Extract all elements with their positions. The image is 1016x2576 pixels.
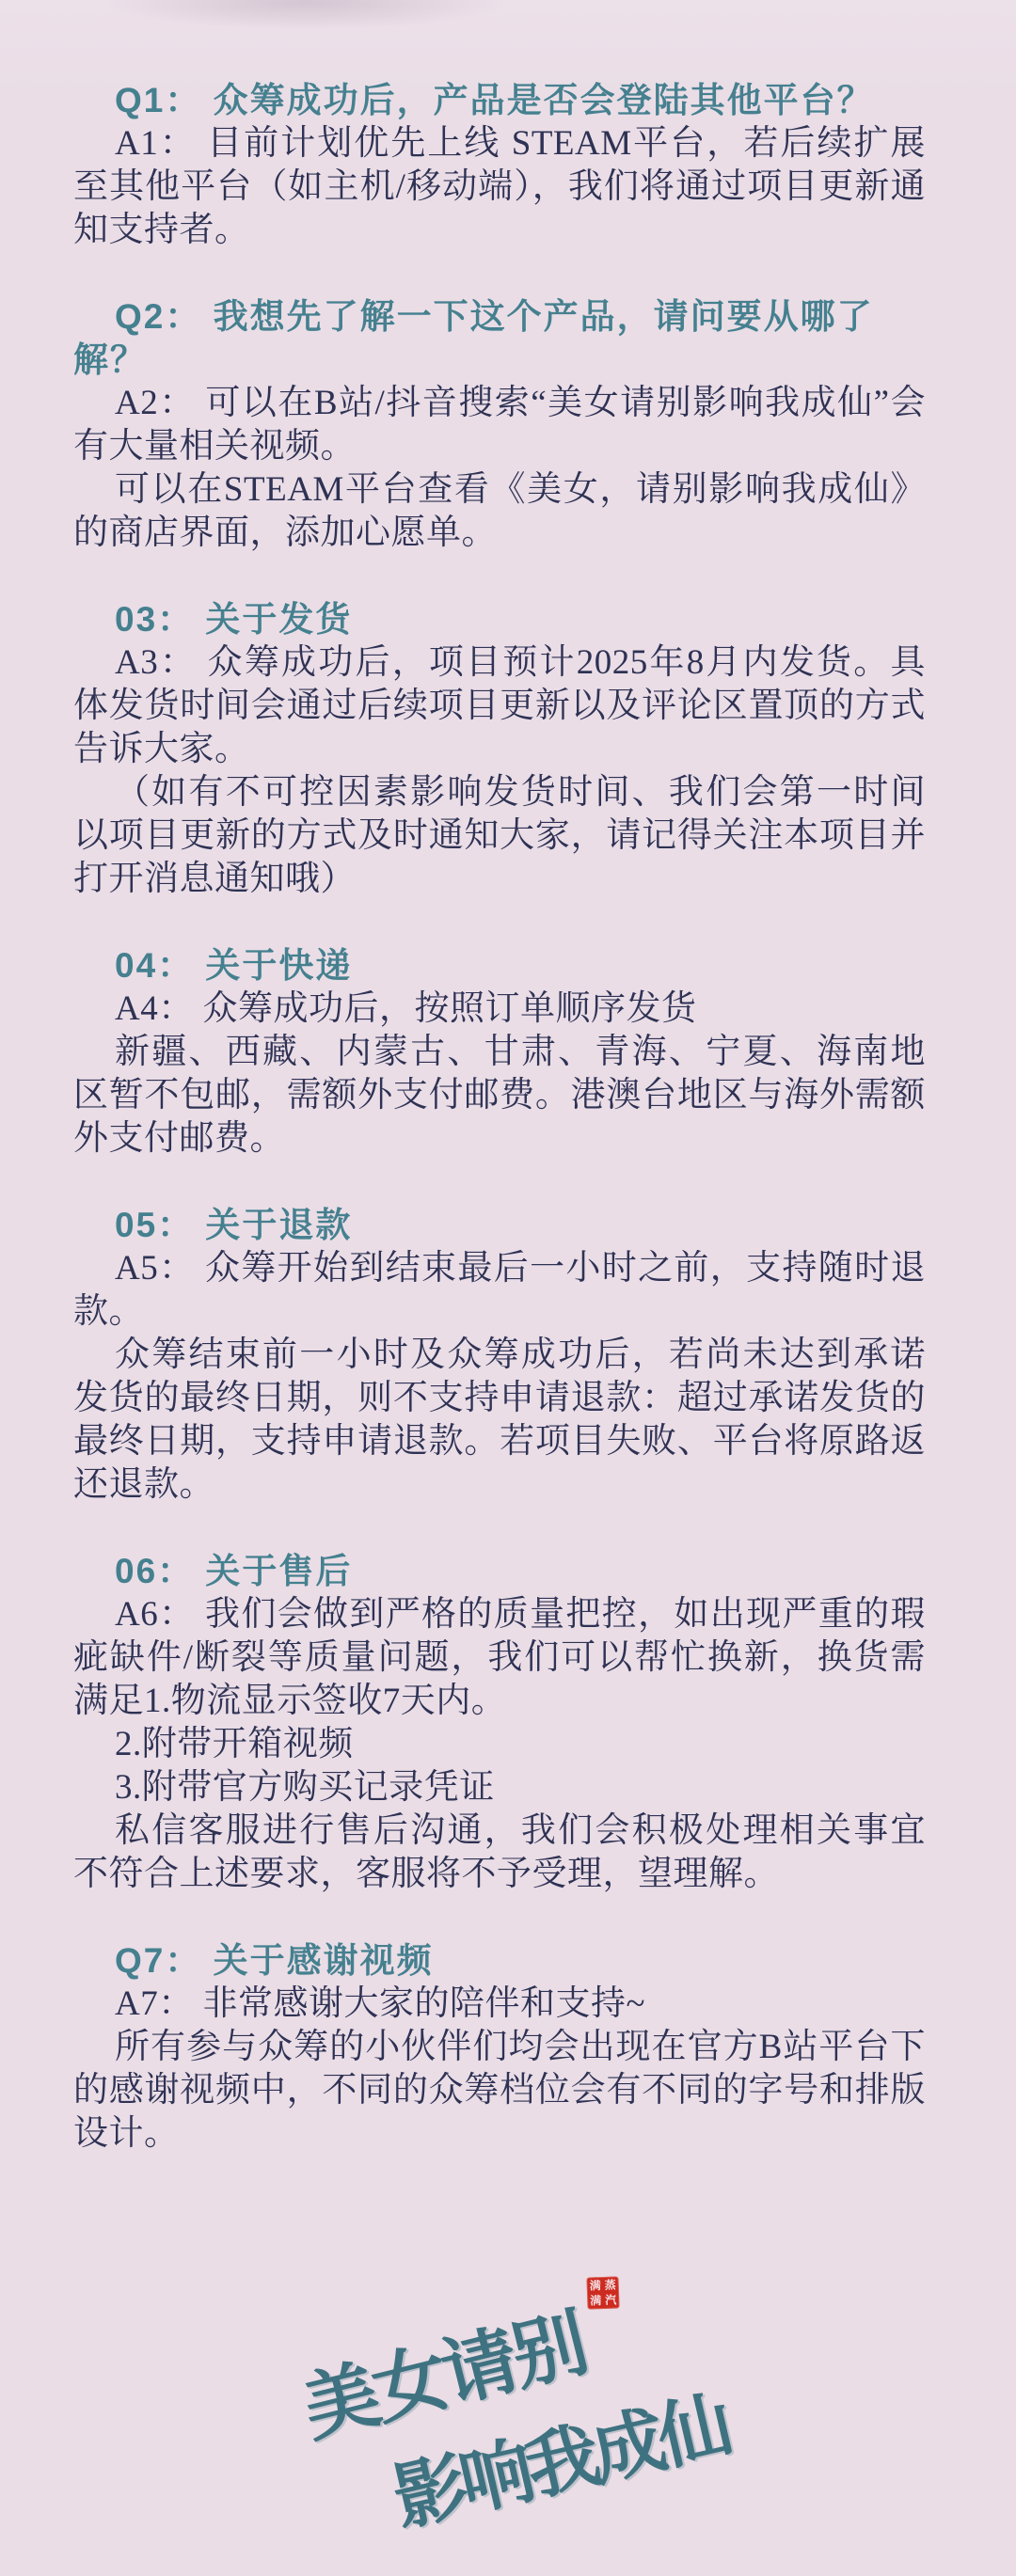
faq-answer-paragraph: A2： 可以在B站/抖音搜索“美女请别影响我成仙”会有大量相关视频。 bbox=[73, 382, 926, 468]
faq-question: Q2： 我想先了解一下这个产品，请问要从哪了解？ bbox=[73, 295, 926, 382]
top-edge-smudge bbox=[103, 0, 508, 30]
faq-section-q2: Q2： 我想先了解一下这个产品，请问要从哪了解？ A2： 可以在B站/抖音搜索“… bbox=[73, 295, 926, 555]
faq-section-q6: 06： 关于售后 A6： 我们会做到严格的质量把控，如出现严重的瑕疵缺件/断裂等… bbox=[73, 1550, 926, 1896]
faq-answer-paragraph: A1： 目前计划优先上线 STEAM平台，若后续扩展至其他平台（如主机/移动端）… bbox=[73, 122, 926, 252]
faq-question: 05： 关于退款 bbox=[73, 1204, 926, 1247]
faq-answer-paragraph: A4： 众筹成功后，按照订单顺序发货 bbox=[73, 988, 926, 1031]
faq-section-q3: 03： 关于发货 A3： 众筹成功后，项目预计2025年8月内发货。具体发货时间… bbox=[73, 598, 926, 901]
seal-char: 蒸 bbox=[604, 2280, 615, 2291]
faq-question: 06： 关于售后 bbox=[73, 1550, 926, 1593]
faq-section-q7: Q7： 关于感谢视频 A7： 非常感谢大家的陪伴和支持~ 所有参与众筹的小伙伴们… bbox=[73, 1939, 926, 2156]
faq-answer-paragraph: 所有参与众筹的小伙伴们均会出现在官方B站平台下的感谢视频中，不同的众筹档位会有不… bbox=[73, 2026, 926, 2156]
faq-answer-paragraph: 2.附带开箱视频 bbox=[73, 1723, 926, 1766]
faq-section-q1: Q1： 众筹成功后，产品是否会登陆其他平台？ A1： 目前计划优先上线 STEA… bbox=[73, 79, 926, 252]
faq-answer-paragraph: 众筹结束前一小时及众筹成功后，若尚未达到承诺发货的最终日期，则不支持申请退款：超… bbox=[73, 1334, 926, 1507]
faq-answer-paragraph: A5： 众筹开始到结束最后一小时之前，支持随时退款。 bbox=[73, 1247, 926, 1334]
faq-content: Q1： 众筹成功后，产品是否会登陆其他平台？ A1： 目前计划优先上线 STEA… bbox=[73, 79, 926, 2156]
seal-char: 汽 bbox=[605, 2295, 616, 2306]
faq-question: 03： 关于发货 bbox=[73, 598, 926, 641]
faq-answer-paragraph: 3.附带官方购买记录凭证 bbox=[73, 1766, 926, 1810]
faq-question: 04： 关于快递 bbox=[73, 944, 926, 988]
studio-seal-stamp-icon: 满 蒸 满 汽 bbox=[586, 2276, 619, 2309]
faq-answer-paragraph: A6： 我们会做到严格的质量把控，如出现严重的瑕疵缺件/断裂等质量问题，我们可以… bbox=[73, 1593, 926, 1723]
faq-answer-paragraph: A3： 众筹成功后，项目预计2025年8月内发货。具体发货时间会通过后续项目更新… bbox=[73, 641, 926, 771]
faq-question: Q7： 关于感谢视频 bbox=[73, 1939, 926, 1983]
faq-answer-paragraph: （如有不可控因素影响发货时间、我们会第一时间以项目更新的方式及时通知大家，请记得… bbox=[73, 771, 926, 901]
faq-section-q5: 05： 关于退款 A5： 众筹开始到结束最后一小时之前，支持随时退款。 众筹结束… bbox=[73, 1204, 926, 1507]
faq-question: Q1： 众筹成功后，产品是否会登陆其他平台？ bbox=[73, 79, 926, 122]
seal-char: 满 bbox=[590, 2295, 601, 2306]
faq-answer-paragraph: 私信客服进行售后沟通，我们会积极处理相关事宜不符合上述要求，客服将不予受理，望理… bbox=[73, 1810, 926, 1896]
faq-answer-paragraph: A7： 非常感谢大家的陪伴和支持~ bbox=[73, 1983, 926, 2026]
faq-answer-paragraph: 可以在STEAM平台查看《美女，请别影响我成仙》的商店界面，添加心愿单。 bbox=[73, 468, 926, 555]
faq-section-q4: 04： 关于快递 A4： 众筹成功后，按照订单顺序发货 新疆、西藏、内蒙古、甘肃… bbox=[73, 944, 926, 1161]
faq-answer-paragraph: 新疆、西藏、内蒙古、甘肃、青海、宁夏、海南地区暂不包邮，需额外支付邮费。港澳台地… bbox=[73, 1031, 926, 1161]
faq-page: Q1： 众筹成功后，产品是否会登陆其他平台？ A1： 目前计划优先上线 STEA… bbox=[0, 0, 1016, 2576]
seal-char: 满 bbox=[590, 2280, 601, 2291]
